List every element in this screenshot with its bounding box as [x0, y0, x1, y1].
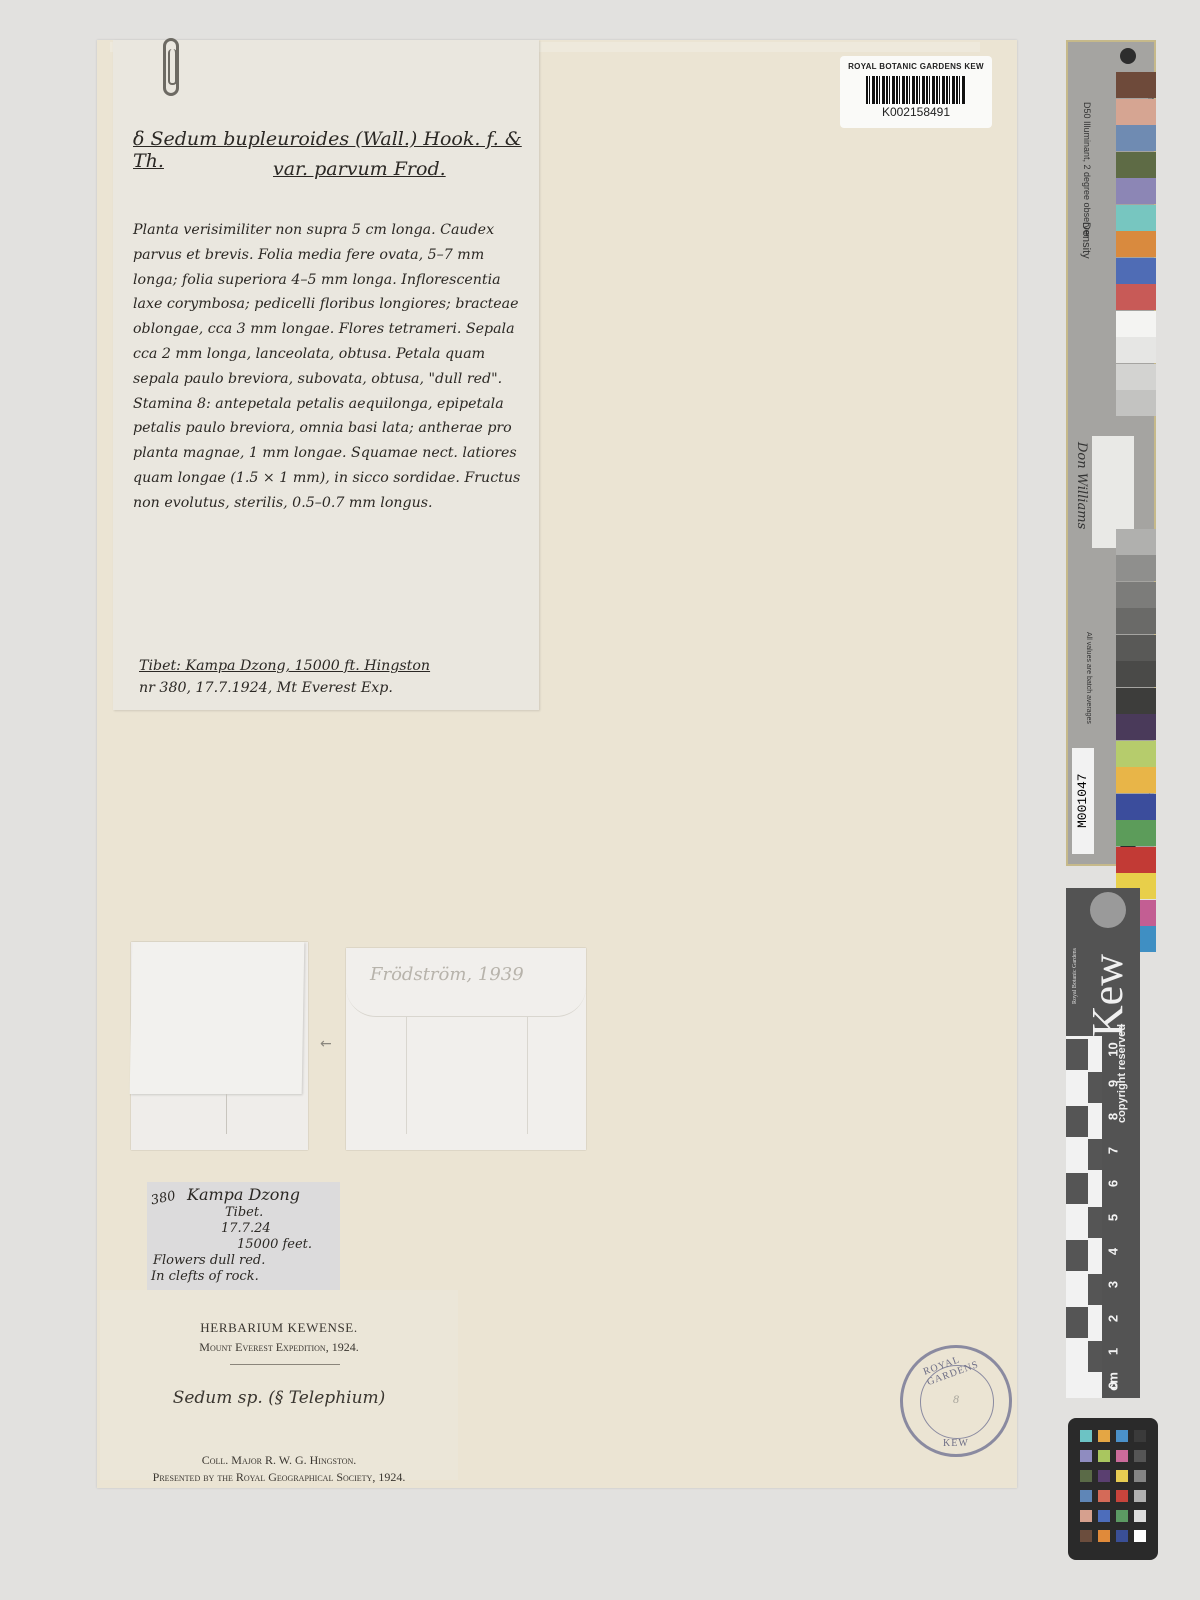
color-patch — [1116, 390, 1156, 416]
color-patch — [1116, 205, 1156, 231]
color-patch — [1116, 258, 1156, 284]
locality-note: Tibet: Kampa Dzong, 15000 ft. Hingston n… — [139, 655, 529, 699]
tick-segment — [1066, 1240, 1088, 1271]
color-patch — [1116, 178, 1156, 204]
brand-label: Don Williams — [1074, 442, 1089, 529]
swatch — [1080, 1490, 1092, 1502]
batch-note: All values are batch averages — [1072, 632, 1092, 724]
color-patch — [1116, 529, 1156, 555]
barcode-icon — [866, 76, 966, 104]
specimen-packet-left — [131, 942, 308, 1150]
swatch — [1116, 1430, 1128, 1442]
tick-segment — [1088, 1139, 1102, 1170]
color-patch — [1116, 635, 1156, 661]
swatch — [1098, 1510, 1110, 1522]
tick-segment — [1088, 1207, 1102, 1238]
packet-fold — [226, 1094, 227, 1134]
swatch — [1098, 1470, 1110, 1482]
color-patch — [1116, 820, 1156, 846]
color-patch — [1116, 688, 1156, 714]
tick-label: 7 — [1106, 1140, 1121, 1160]
collector-field-label: 380 Kampa Dzong Tibet. 17.7.24 15000 fee… — [147, 1182, 340, 1292]
swatch — [1098, 1530, 1110, 1542]
tick-segment — [1088, 1341, 1102, 1372]
specimen-packet-right: Frödström, 1939 — [346, 948, 586, 1150]
field-line-4: 15000 feet. — [237, 1238, 312, 1252]
swatch — [1116, 1510, 1128, 1522]
royal-gardens-kew-stamp: ROYAL GARDENS KEW 8 — [900, 1345, 1012, 1457]
color-patch — [1116, 72, 1156, 98]
color-patch — [1116, 99, 1156, 125]
swatch — [1134, 1510, 1146, 1522]
illuminant-label: D50 Illuminant, 2 degree observer — [1072, 102, 1092, 238]
color-patch — [1116, 125, 1156, 151]
swatch — [1116, 1470, 1128, 1482]
swatch — [1116, 1530, 1128, 1542]
tick-label: 1 — [1106, 1342, 1121, 1362]
density-label: Density — [1072, 222, 1092, 259]
barcode-number: K002158491 — [840, 105, 992, 119]
barcode-label: ROYAL BOTANIC GARDENS KEW K002158491 — [840, 56, 992, 128]
color-patch — [1116, 337, 1156, 363]
latin-description: Planta verisimiliter non supra 5 cm long… — [133, 218, 528, 516]
collection-number: 380 — [150, 1190, 177, 1209]
swatch — [1116, 1450, 1128, 1462]
swatch — [1134, 1490, 1146, 1502]
herbarium-name: HERBARIUM KEWENSE. — [100, 1320, 458, 1336]
field-line-5: Flowers dull red. — [153, 1254, 265, 1268]
tick-label: 10 — [1106, 1040, 1121, 1060]
tick-label: 9 — [1106, 1073, 1121, 1093]
presented-by: Presented by the Royal Geographical Soci… — [100, 1470, 458, 1485]
field-line-2: Tibet. — [225, 1206, 263, 1220]
field-line-1: Kampa Dzong — [187, 1188, 300, 1202]
tick-label: 4 — [1106, 1241, 1121, 1261]
tick-label: 3 — [1106, 1275, 1121, 1295]
swatch — [1134, 1530, 1146, 1542]
field-line-3: 17.7.24 — [221, 1222, 271, 1236]
tick-label: 6 — [1106, 1174, 1121, 1194]
swatch — [1098, 1450, 1110, 1462]
swatch — [1098, 1490, 1110, 1502]
color-patch — [1116, 847, 1156, 873]
stamp-text-bottom: KEW — [943, 1438, 969, 1449]
color-patch — [1116, 152, 1156, 178]
packet-flap — [130, 942, 305, 1094]
swatch — [1134, 1470, 1146, 1482]
swatch — [1098, 1430, 1110, 1442]
color-patch — [1116, 364, 1156, 390]
color-patch — [1116, 714, 1156, 740]
kew-subtitle: Royal Botanic Gardens — [1072, 948, 1078, 1004]
packet-inner-fold — [406, 1016, 528, 1134]
collector: Coll. Major R. W. G. Hingston. — [100, 1453, 458, 1468]
tick-label: 2 — [1106, 1308, 1121, 1328]
determination-slip: δ Sedum bupleuroides (Wall.) Hook. f. & … — [113, 40, 539, 710]
paper-clip-icon — [163, 38, 179, 96]
color-patch — [1116, 231, 1156, 257]
tick-segment — [1066, 1307, 1088, 1338]
field-line-6: In clefts of rock. — [151, 1270, 259, 1284]
swatch — [1080, 1530, 1092, 1542]
color-patch — [1116, 741, 1156, 767]
color-calibration-scale: inches D50 Illuminant, 2 degree observer… — [1066, 40, 1156, 866]
locality-line-1: Tibet: Kampa Dzong, 15000 ft. Hingston — [139, 655, 529, 677]
hole-icon — [1120, 48, 1136, 64]
tick-segment — [1088, 1072, 1102, 1103]
unit-label: cm — [1106, 1372, 1121, 1392]
tick-segment — [1066, 1106, 1088, 1137]
swatch — [1080, 1430, 1092, 1442]
color-patch — [1116, 311, 1156, 337]
color-patch — [1116, 284, 1156, 310]
swatch — [1080, 1510, 1092, 1522]
color-patch — [1116, 555, 1156, 581]
swatch — [1080, 1450, 1092, 1462]
divider — [230, 1364, 340, 1365]
tick-segment — [1066, 1039, 1088, 1070]
stamp-pencil-mark: 8 — [953, 1392, 959, 1407]
color-patch — [1116, 582, 1156, 608]
institution-name: ROYAL BOTANIC GARDENS KEW — [840, 62, 992, 71]
kew-cm-scale: Kew Royal Botanic Gardens copyright rese… — [1066, 888, 1140, 1398]
swatch — [1134, 1430, 1146, 1442]
printed-herbarium-label: HERBARIUM KEWENSE. Mount Everest Expedit… — [100, 1290, 458, 1480]
swatch — [1080, 1470, 1092, 1482]
kew-crest-icon — [1090, 892, 1126, 928]
mini-color-card — [1068, 1418, 1158, 1560]
tick-label: 5 — [1106, 1208, 1121, 1228]
tick-segment — [1066, 1173, 1088, 1204]
color-patch — [1116, 794, 1156, 820]
expedition-name: Mount Everest Expedition, 1924. — [100, 1340, 458, 1355]
locality-line-2: nr 380, 17.7.1924, Mt Everest Exp. — [139, 677, 529, 699]
determination-variety: var. parvum Frod. — [273, 158, 446, 180]
tick-segment — [1088, 1274, 1102, 1305]
color-patch — [1116, 767, 1156, 793]
color-patch — [1116, 608, 1156, 634]
pencil-identification: Sedum sp. (§ Telephium) — [100, 1388, 458, 1408]
swatch — [1134, 1450, 1146, 1462]
packet-annotation: Frödström, 1939 — [370, 964, 524, 985]
color-patch — [1116, 661, 1156, 687]
arrow-left-icon: ← — [320, 1036, 332, 1052]
scale-code: M001047 — [1072, 748, 1094, 854]
tick-label: 8 — [1106, 1107, 1121, 1127]
swatch — [1116, 1490, 1128, 1502]
